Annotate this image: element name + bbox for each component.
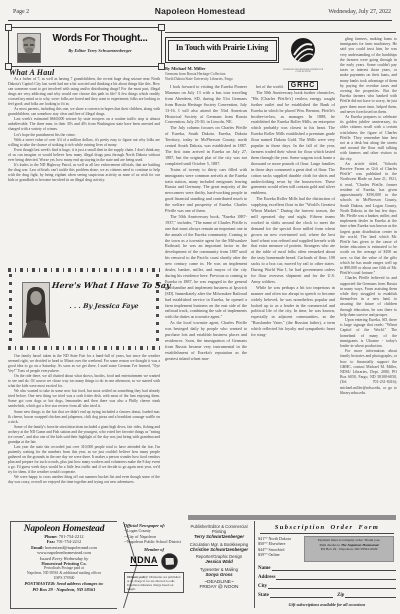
section-rule — [165, 32, 396, 33]
paragraph: We also wanted to take in some new fair … — [8, 389, 160, 409]
deadline-value: FRIDAY @ NOON — [187, 585, 251, 591]
paragraph: It's kudos to the ND Highway Patrol, as … — [8, 163, 160, 183]
masthead-usps: USPS 370940 — [11, 576, 117, 581]
payment-note-line3: PO Box 29 - Napoleon, ND 58561-0029 — [321, 547, 378, 551]
form-row-name: Name — [258, 566, 396, 571]
paragraph: Charles Pfeifle believed in and supporte… — [340, 276, 397, 318]
fax-value: 701-754-2212 — [56, 539, 81, 544]
paragraph: Last year the state fair recorded just o… — [8, 445, 160, 475]
words-for-thought-header-box: Words For Thought... By Editor Terry Sch… — [8, 27, 162, 67]
grhc-logo-caption: GERMANS FROM RUSSIA HERITAGE COLLECTION — [281, 69, 325, 75]
ornament-corner — [158, 63, 165, 70]
paragraph: We were happy to cross another thing off… — [8, 475, 160, 485]
paragraph: For more information about family histor… — [340, 349, 397, 396]
prairie-living-header-box: In Touch with Prairie Living — [165, 37, 279, 63]
paragraph: As most parents, including this one, we … — [8, 107, 160, 117]
state-field-line — [270, 593, 333, 598]
ornament-border — [8, 268, 160, 272]
column-byline: By Editor Terry Schwartzenberger — [43, 48, 157, 53]
masthead-box: Napoleon Homestead Phone: 701-754-2212 F… — [10, 521, 117, 609]
paragraph: Trains of twenty to thirty cars filled w… — [165, 167, 247, 214]
fax-label: Fax: — [47, 539, 56, 544]
obituary-policy: Obituary policy: Obituaries are publishe… — [124, 572, 184, 593]
zip-field-line — [345, 593, 396, 598]
ornament-corner — [158, 24, 165, 31]
payment-note-line2: Mail checks to — [319, 543, 340, 547]
official-items: --Logan County--City of Napoleon--Napole… — [124, 528, 184, 545]
columnist-photo — [22, 282, 50, 338]
subscription-rate: $39⁰⁰ Online — [258, 552, 304, 557]
email-value: homestead@napoleonnd.com — [45, 545, 97, 550]
phone-value: 701-754-2212 — [59, 534, 84, 539]
section-divider-bar — [188, 515, 396, 520]
paragraph: An article titled, "Schools Receive Farm… — [340, 162, 397, 276]
editorial-article-text: As a father of 7, as well as having 7 gr… — [8, 77, 160, 264]
columnist-article-text: Our family hasn't taken in the ND State … — [8, 354, 160, 514]
org-line: North Dakota State University Libraries,… — [165, 77, 277, 81]
paragraph: Our family hasn't taken in the ND State … — [8, 354, 160, 374]
staff-name: Jessica Wald — [187, 559, 251, 564]
paragraph: The 50th Anniversary book, "Eureka 1887-… — [165, 214, 247, 320]
masthead-postmaster: POSTMASTER: Send address changes to: — [11, 581, 117, 586]
paragraph: I look forward to visiting the Eureka Pi… — [165, 84, 247, 125]
column-byline: . . . By Jessica Faye — [52, 302, 157, 310]
membership-seal-icon — [161, 553, 178, 570]
prairie-article-column-1: I look forward to visiting the Eureka Pi… — [165, 84, 247, 508]
official-newspaper-box: Official Newspaper of: --Logan County--C… — [124, 523, 184, 593]
ornament-corner — [5, 24, 12, 31]
city-field-line — [268, 584, 396, 589]
form-row-city: City — [258, 584, 396, 589]
paragraph: Some new things to the fair that we didn… — [8, 410, 160, 425]
staff-name: Christine Schwartzenberger — [187, 547, 251, 552]
paragraph: Some of the family's favorite sites/attr… — [8, 425, 160, 445]
subscription-rule — [260, 533, 394, 534]
paragraph: While he was perhaps a bit too imperious… — [251, 285, 335, 338]
subscription-body: $41⁰⁰ North Dakota$50⁰⁰ Elsewhere$44⁰⁰ S… — [258, 536, 396, 562]
newspaper-page: { "colors": { "paper": "#f3f2ef", "ink":… — [0, 0, 400, 614]
prairie-article-column-3: gling farmers, making loans to immigrant… — [340, 37, 397, 507]
name-label: Name — [258, 566, 271, 571]
name-field-line — [272, 566, 397, 571]
paragraph: With a street value of over 3/4 of a mil… — [8, 138, 160, 148]
email-label: Email: — [31, 545, 44, 550]
column-title: In Touch with Prairie Living — [166, 43, 278, 52]
paragraph: As a father of 7, as well as having 7 gr… — [8, 77, 160, 107]
paragraph: Last week's estimated $660,000 seizure b… — [8, 117, 160, 132]
subscription-order-form: Subscription Order Form $41⁰⁰ North Dako… — [258, 522, 396, 610]
subscription-rates: $41⁰⁰ North Dakota$50⁰⁰ Elsewhere$44⁰⁰ S… — [258, 536, 304, 562]
paragraph: The 50th Anniversary book further chroni… — [251, 90, 335, 196]
member-of-label: Member of — [124, 547, 184, 552]
column-title: Words For Thought... — [43, 33, 157, 44]
paragraph: The Eureka Roller Mills had the distinct… — [251, 196, 335, 285]
paragraph: The July column focuses on Charles Pfeif… — [165, 125, 247, 166]
org-line: Germans from Russia Heritage Collection — [165, 72, 277, 76]
paragraph: Even though last week's find is huge, it… — [8, 148, 160, 163]
staff-role: Circulation Mgr. & Bookkeeping — [187, 542, 251, 547]
member-logos: NDNA — [124, 553, 184, 570]
paragraph: As Eureka prepares to celebrate its gold… — [340, 115, 397, 162]
form-row-address: Address — [258, 575, 396, 580]
payment-note-paper-name: The Napoleon Homestead — [341, 543, 379, 547]
ornament-border — [9, 274, 12, 344]
city-label: City — [258, 584, 267, 589]
subscription-footer: Gift subscriptions available for all occ… — [258, 602, 396, 607]
subscription-title: Subscription Order Form — [258, 524, 396, 531]
prairie-article-column-2: ket of the world.The 50th Anniversary bo… — [251, 84, 335, 508]
vertical-divider — [254, 521, 255, 608]
staff-box: Publisher/Editor & Commercial Printing T… — [187, 524, 251, 591]
masthead-postmaster2: PO Box 29 - Napoleon, ND 58561 — [11, 587, 117, 592]
grhc-logo-icon — [290, 37, 316, 63]
address-field-line — [276, 575, 396, 580]
issue-date: Wednesday, July 27, 2022 — [328, 9, 391, 15]
article-title: What A Haul — [9, 68, 54, 77]
editor-photo — [17, 33, 41, 63]
zip-label: Zip — [337, 593, 344, 598]
ornament-border — [8, 346, 160, 350]
official-item: --Napoleon Public School District — [124, 539, 184, 545]
ndna-logo: NDNA — [130, 556, 158, 566]
address-label: Address — [258, 575, 275, 580]
grhc-logo: GERMANS FROM RUSSIA HERITAGE COLLECTION … — [281, 37, 325, 87]
paragraph: Upon entering Eureka, SD, there is large… — [340, 318, 397, 349]
masthead-name: Napoleon Homestead — [11, 524, 117, 534]
paragraph: As the local townsite agent, Charles Pfe… — [165, 320, 247, 361]
staff-role: Publisher/Editor & Commercial Printing — [187, 524, 251, 534]
state-label: State — [258, 593, 269, 598]
staff-name: Terry Schwartzenberger — [187, 534, 251, 539]
phone-label: Phone: — [44, 534, 57, 539]
column-byline: By Michael M. Miller — [165, 66, 277, 71]
column-title: Here's What I Have To Say — [51, 280, 156, 290]
paragraph: gling farmers, making loans to immigrant… — [340, 37, 397, 115]
payment-note-line1: Payment must accompany order. Thank you. — [318, 538, 380, 542]
staff-name: Sonya Gross — [187, 572, 251, 577]
paragraph: On the ride there, we all chatted about … — [8, 374, 160, 389]
payment-note-box: Payment must accompany order. Thank you.… — [304, 536, 394, 562]
form-row-state-zip: State Zip — [258, 593, 396, 598]
header-rule — [8, 20, 392, 21]
heres-what-header-box: Here's What I Have To Say . . . By Jessi… — [8, 268, 160, 350]
